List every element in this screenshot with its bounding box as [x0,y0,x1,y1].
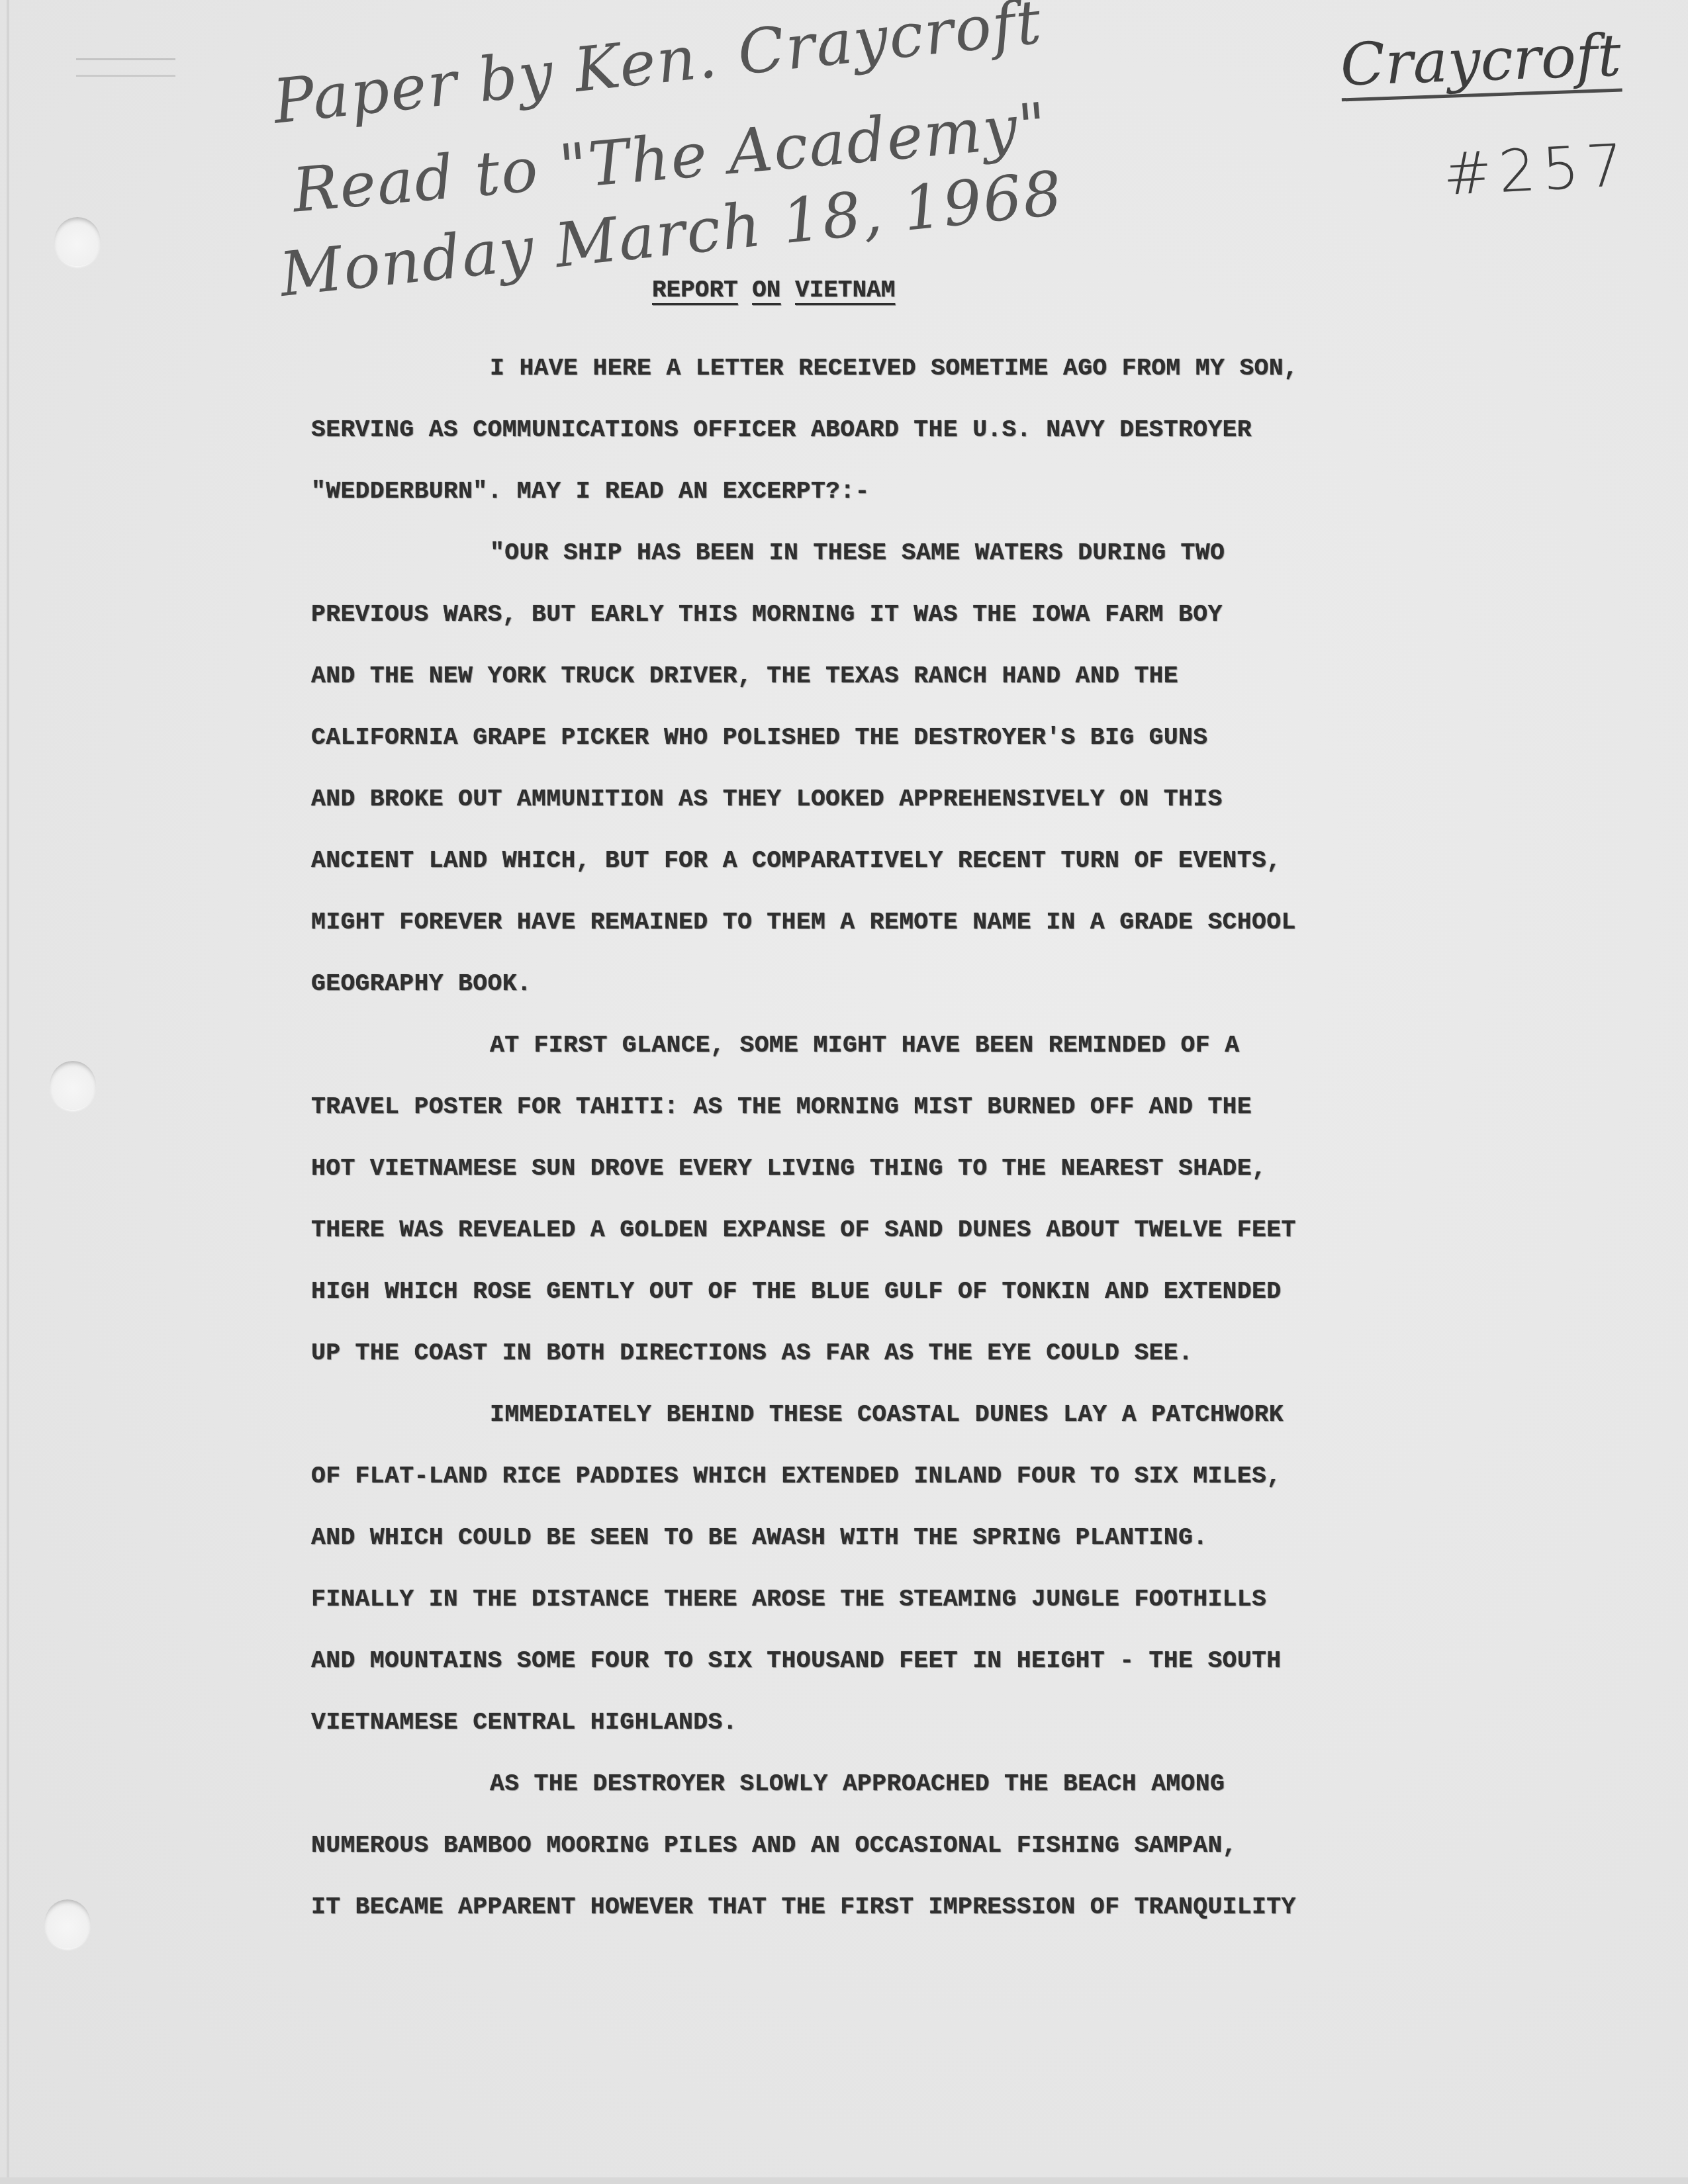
paragraph-coastal-dunes: IMMEDIATELY BEHIND THESE COASTAL DUNES L… [311,1384,1489,1753]
paragraph-approach: AS THE DESTROYER SLOWLY APPROACHED THE B… [311,1753,1489,1938]
punch-hole-bottom [44,1899,91,1948]
paragraph-letter-excerpt: "OUR SHIP HAS BEEN IN THESE SAME WATERS … [311,522,1489,1015]
text-line: TRAVEL POSTER FOR TAHITI: AS THE MORNING… [311,1076,1489,1138]
punch-hole-top [54,217,101,266]
text-line: OF FLAT-LAND RICE PADDIES WHICH EXTENDED… [311,1445,1489,1507]
file-label-number: #257 [1441,131,1631,209]
text-line: UP THE COAST IN BOTH DIRECTIONS AS FAR A… [311,1322,1489,1384]
text-line: MIGHT FOREVER HAVE REMAINED TO THEM A RE… [311,891,1489,953]
text-line: AND MOUNTAINS SOME FOUR TO SIX THOUSAND … [311,1630,1489,1692]
text-line: I HAVE HERE A LETTER RECEIVED SOMETIME A… [311,338,1489,399]
paragraph-first-glance: AT FIRST GLANCE, SOME MIGHT HAVE BEEN RE… [311,1015,1489,1384]
text-line: HOT VIETNAMESE SUN DROVE EVERY LIVING TH… [311,1138,1489,1199]
text-line: PREVIOUS WARS, BUT EARLY THIS MORNING IT… [311,584,1489,645]
text-line: AND THE NEW YORK TRUCK DRIVER, THE TEXAS… [311,645,1489,707]
page-left-edge [7,0,9,2184]
text-line: VIETNAMESE CENTRAL HIGHLANDS. [311,1692,1489,1753]
text-line: FINALLY IN THE DISTANCE THERE AROSE THE … [311,1569,1489,1630]
file-label-name: Craycroft [1339,22,1622,102]
text-line: IMMEDIATELY BEHIND THESE COASTAL DUNES L… [311,1384,1489,1445]
text-line: AS THE DESTROYER SLOWLY APPROACHED THE B… [311,1753,1489,1815]
title-word-vietnam: VIETNAM [795,277,895,304]
title-word-on: ON [752,277,780,304]
body-text: I HAVE HERE A LETTER RECEIVED SOMETIME A… [311,338,1489,1938]
punch-hole-middle [50,1061,96,1110]
document-page: Paper by Ken. Craycroft Read to "The Aca… [0,0,1688,2184]
text-line: NUMEROUS BAMBOO MOORING PILES AND AN OCC… [311,1815,1489,1876]
text-line: GEOGRAPHY BOOK. [311,953,1489,1015]
text-line: AND BROKE OUT AMMUNITION AS THEY LOOKED … [311,768,1489,830]
text-line: "OUR SHIP HAS BEEN IN THESE SAME WATERS … [311,522,1489,584]
text-line: HIGH WHICH ROSE GENTLY OUT OF THE BLUE G… [311,1261,1489,1322]
title-word-report: REPORT [652,277,738,304]
text-line: SERVING AS COMMUNICATIONS OFFICER ABOARD… [311,399,1489,461]
text-line: AT FIRST GLANCE, SOME MIGHT HAVE BEEN RE… [311,1015,1489,1076]
text-line: CALIFORNIA GRAPE PICKER WHO POLISHED THE… [311,707,1489,768]
text-line: AND WHICH COULD BE SEEN TO BE AWASH WITH… [311,1507,1489,1569]
text-line: IT BECAME APPARENT HOWEVER THAT THE FIRS… [311,1876,1489,1938]
text-line: "WEDDERBURN". MAY I READ AN EXCERPT?:- [311,461,1489,522]
staple-mark [76,58,175,77]
text-line: THERE WAS REVEALED A GOLDEN EXPANSE OF S… [311,1199,1489,1261]
text-line: ANCIENT LAND WHICH, BUT FOR A COMPARATIV… [311,830,1489,891]
paragraph-intro: I HAVE HERE A LETTER RECEIVED SOMETIME A… [311,338,1489,522]
document-title: REPORT ON VIETNAM [652,277,895,304]
page-bottom-edge [0,2177,1688,2184]
